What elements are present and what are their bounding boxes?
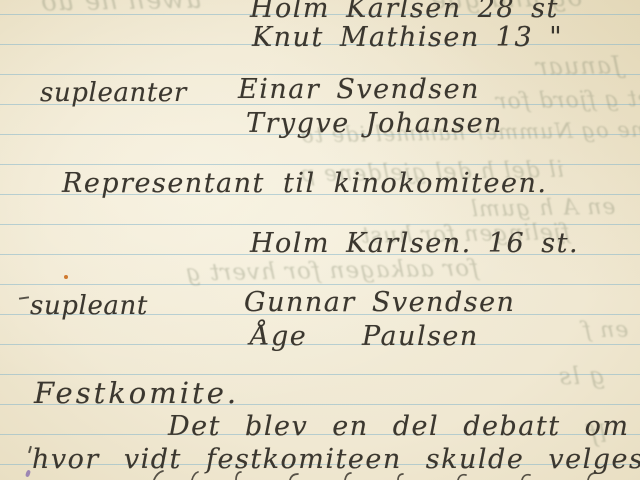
hw-heading-kinokomiteen: Representant til kinokomiteen. <box>62 168 547 199</box>
hw-line-name-aage: Åge <box>250 321 307 352</box>
ink-dash-mark <box>19 296 29 299</box>
clipped-line-strokes <box>140 468 610 480</box>
hw-line-vote-holm-28: Holm Karlsen 28 st <box>250 0 559 24</box>
hw-line-name-gunnar: Gunnar Svendsen <box>244 287 515 318</box>
bleedthrough-mark: det g fjord for <box>495 87 640 115</box>
hw-line-vote-knut-13: Knut Mathisen 13 " <box>252 22 563 53</box>
bleedthrough-mark: Januar <box>535 51 622 81</box>
hw-line-name-trygve: Trygve Johansen <box>246 108 503 139</box>
bleedthrough-mark: uwen ne uo <box>40 0 203 17</box>
hw-body-line-1: Det blev en del debatt om <box>168 411 630 442</box>
hw-heading-festkomite: Festkomite. <box>34 376 239 410</box>
ink-speck <box>25 470 31 478</box>
notebook-page: uwen ne uo og und gue Januar det g fjord… <box>0 0 640 480</box>
bleedthrough-mark: for aakagen for hvert g <box>185 255 479 286</box>
bleedthrough-mark: g ls <box>558 362 605 391</box>
margin-label-suppleant: supleant <box>30 291 148 321</box>
hw-line-vote-holm-16: Holm Karlsen. 16 st. <box>250 228 579 259</box>
margin-label-suppleanter: supleanter <box>40 78 187 108</box>
hw-line-name-paulsen: Paulsen <box>362 321 479 352</box>
ink-speck <box>64 275 68 279</box>
bleedthrough-mark: en f <box>582 318 629 344</box>
hw-line-name-einar: Einar Svendsen <box>238 74 480 105</box>
